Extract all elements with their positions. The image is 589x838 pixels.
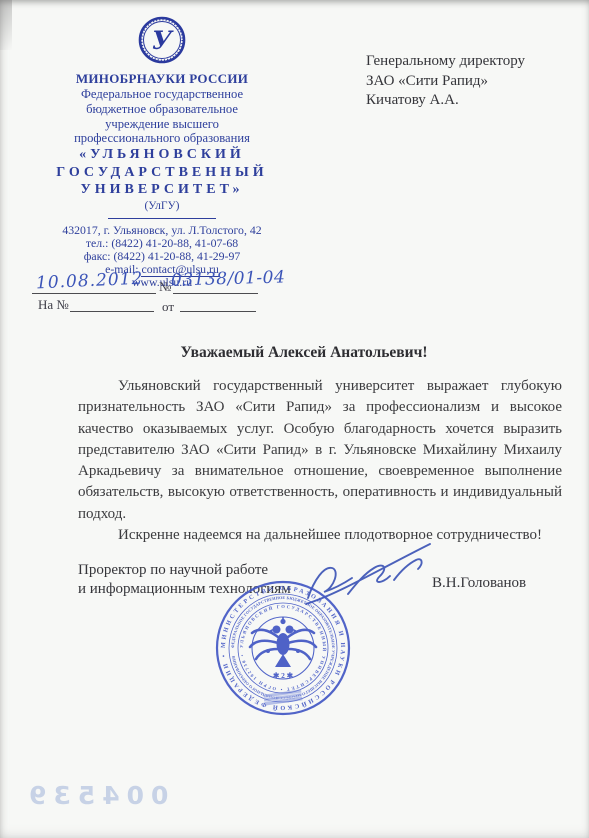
phone-line: тел.: (8422) 41-20-88, 41-07-68: [28, 237, 296, 250]
ministry-name: МИНОБРНАУКИ РОССИИ: [28, 71, 296, 87]
address-line: 432017, г. Ульяновск, ул. Л.Толстого, 42: [28, 224, 296, 237]
salutation: Уважаемый Алексей Анатольевич!: [78, 344, 530, 362]
reply-date-underline: [180, 297, 256, 312]
body-paragraph: Ульяновский государственный университет …: [78, 376, 562, 525]
reply-from-label: от: [162, 299, 174, 315]
university-name-line: «УЛЬЯНОВСКИЙ: [28, 146, 296, 164]
fax-line: факс: (8422) 41-20-88, 41-29-97: [28, 250, 296, 263]
official-round-stamp: МИНИСТЕРСТВО ОБРАЗОВАНИЯ И НАУКИ РОССИЙС…: [212, 577, 354, 719]
reply-to-number-label: На №: [38, 297, 69, 313]
handwritten-outgoing-number: 03138/01-04: [171, 268, 286, 291]
org-type-line: бюджетное образовательное: [28, 102, 296, 117]
reply-number-underline: [70, 297, 154, 312]
stamp-center-number: ✱ 2 ✱: [273, 671, 294, 680]
signer-name: В.Н.Голованов: [432, 575, 526, 592]
bleed-through-form-number: 004539: [22, 781, 168, 810]
letterhead: У МИНОБРНАУКИ РОССИИ Федеральное государ…: [28, 16, 296, 289]
number-sign: №: [159, 279, 171, 295]
logo-letter: У: [152, 26, 174, 55]
org-type-line: учреждение высшего: [28, 117, 296, 132]
university-abbreviation: (УлГУ): [28, 200, 296, 212]
recipient-name: Кичатову А.А.: [366, 91, 525, 111]
recipient-block: Генеральному директору ЗАО «Сити Рапид» …: [366, 52, 525, 111]
org-type-line: Федеральное государственное: [28, 87, 296, 102]
double-headed-eagle-emblem: [250, 617, 316, 668]
scanned-letter-page: У МИНОБРНАУКИ РОССИИ Федеральное государ…: [0, 0, 589, 838]
letter-body: Ульяновский государственный университет …: [78, 376, 562, 546]
university-logo: У: [138, 16, 186, 64]
university-name-line: УНИВЕРСИТЕТ»: [28, 181, 296, 199]
scan-corner-shadow: [0, 0, 12, 50]
university-name-line: ГОСУДАРСТВЕННЫЙ: [28, 164, 296, 182]
org-type-line: профессионального образования: [28, 131, 296, 146]
recipient-company: ЗАО «Сити Рапид»: [366, 72, 525, 92]
letterhead-divider: [108, 218, 216, 219]
recipient-title: Генеральному директору: [366, 52, 525, 72]
